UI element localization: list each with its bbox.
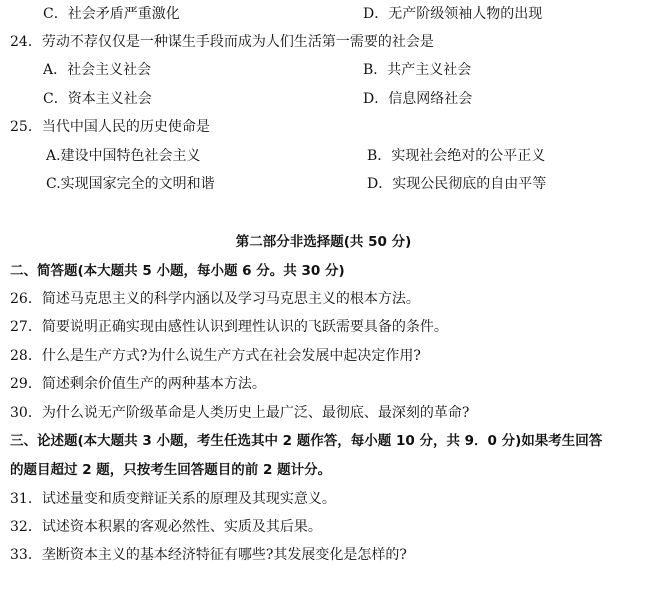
- q25-options-row-2: C.实现国家完全的文明和谐 D．实现公民彻底的自由平等: [0, 173, 647, 195]
- question-31: 31．试述量变和质变辩证关系的原理及其现实意义。: [0, 488, 647, 510]
- question-33: 33．垄断资本主义的基本经济特征有哪些?其发展变化是怎样的?: [0, 544, 647, 566]
- q25-option-d: D．实现公民彻底的自由平等: [367, 173, 546, 195]
- q23-option-c: C．社会矛盾严重激化: [43, 3, 180, 25]
- q24-option-c: C．资本主义社会: [43, 88, 152, 110]
- q24-option-b: B．共产主义社会: [363, 59, 471, 81]
- q24-option-a: A．社会主义社会: [43, 59, 151, 81]
- q25-options-row-1: A.建设中国特色社会主义 B．实现社会绝对的公平正义: [0, 145, 647, 167]
- section3-heading-line2: 的题目超过 2 题，只按考生回答题目的前 2 题计分。: [0, 459, 647, 481]
- q25-option-a: A.建设中国特色社会主义: [46, 145, 201, 167]
- question-27: 27．简要说明正确实现由感性认识到理性认识的飞跃需要具备的条件。: [0, 316, 647, 338]
- question-28: 28．什么是生产方式?为什么说生产方式在社会发展中起决定作用?: [0, 345, 647, 367]
- question-29: 29．简述剩余价值生产的两种基本方法。: [0, 373, 647, 395]
- q24-stem: 24．劳动不荐仅仅是一种谋生手段而成为人们生活第一需要的社会是: [0, 31, 647, 53]
- part2-title: 第二部分非选择题(共 50 分): [0, 231, 647, 253]
- q24-option-d: D．信息网络社会: [363, 88, 472, 110]
- section3-heading-line1: 三、论述题(本大题共 3 小题，考生任选其中 2 题作答，每小题 10 分，共 …: [0, 430, 647, 452]
- q23-option-d: D．无产阶级领袖人物的出现: [363, 3, 542, 25]
- q25-option-c: C.实现国家完全的文明和谐: [46, 173, 215, 195]
- question-26: 26．简述马克思主义的科学内涵以及学习马克思主义的根本方法。: [0, 288, 647, 310]
- question-30: 30．为什么说无产阶级革命是人类历史上最广泛、最彻底、最深刻的革命?: [0, 402, 647, 424]
- question-32: 32．试述资本积累的客观必然性、实质及其后果。: [0, 516, 647, 538]
- q25-stem: 25．当代中国人民的历史使命是: [0, 116, 647, 138]
- q24-options-row-1: A．社会主义社会 B．共产主义社会: [0, 59, 647, 81]
- q24-options-row-2: C．资本主义社会 D．信息网络社会: [0, 88, 647, 110]
- q23-options-row-2: C．社会矛盾严重激化 D．无产阶级领袖人物的出现: [0, 3, 647, 25]
- q25-option-b: B．实现社会绝对的公平正义: [367, 145, 545, 167]
- section2-heading: 二、简答题(本大题共 5 小题，每小题 6 分。共 30 分): [0, 260, 647, 282]
